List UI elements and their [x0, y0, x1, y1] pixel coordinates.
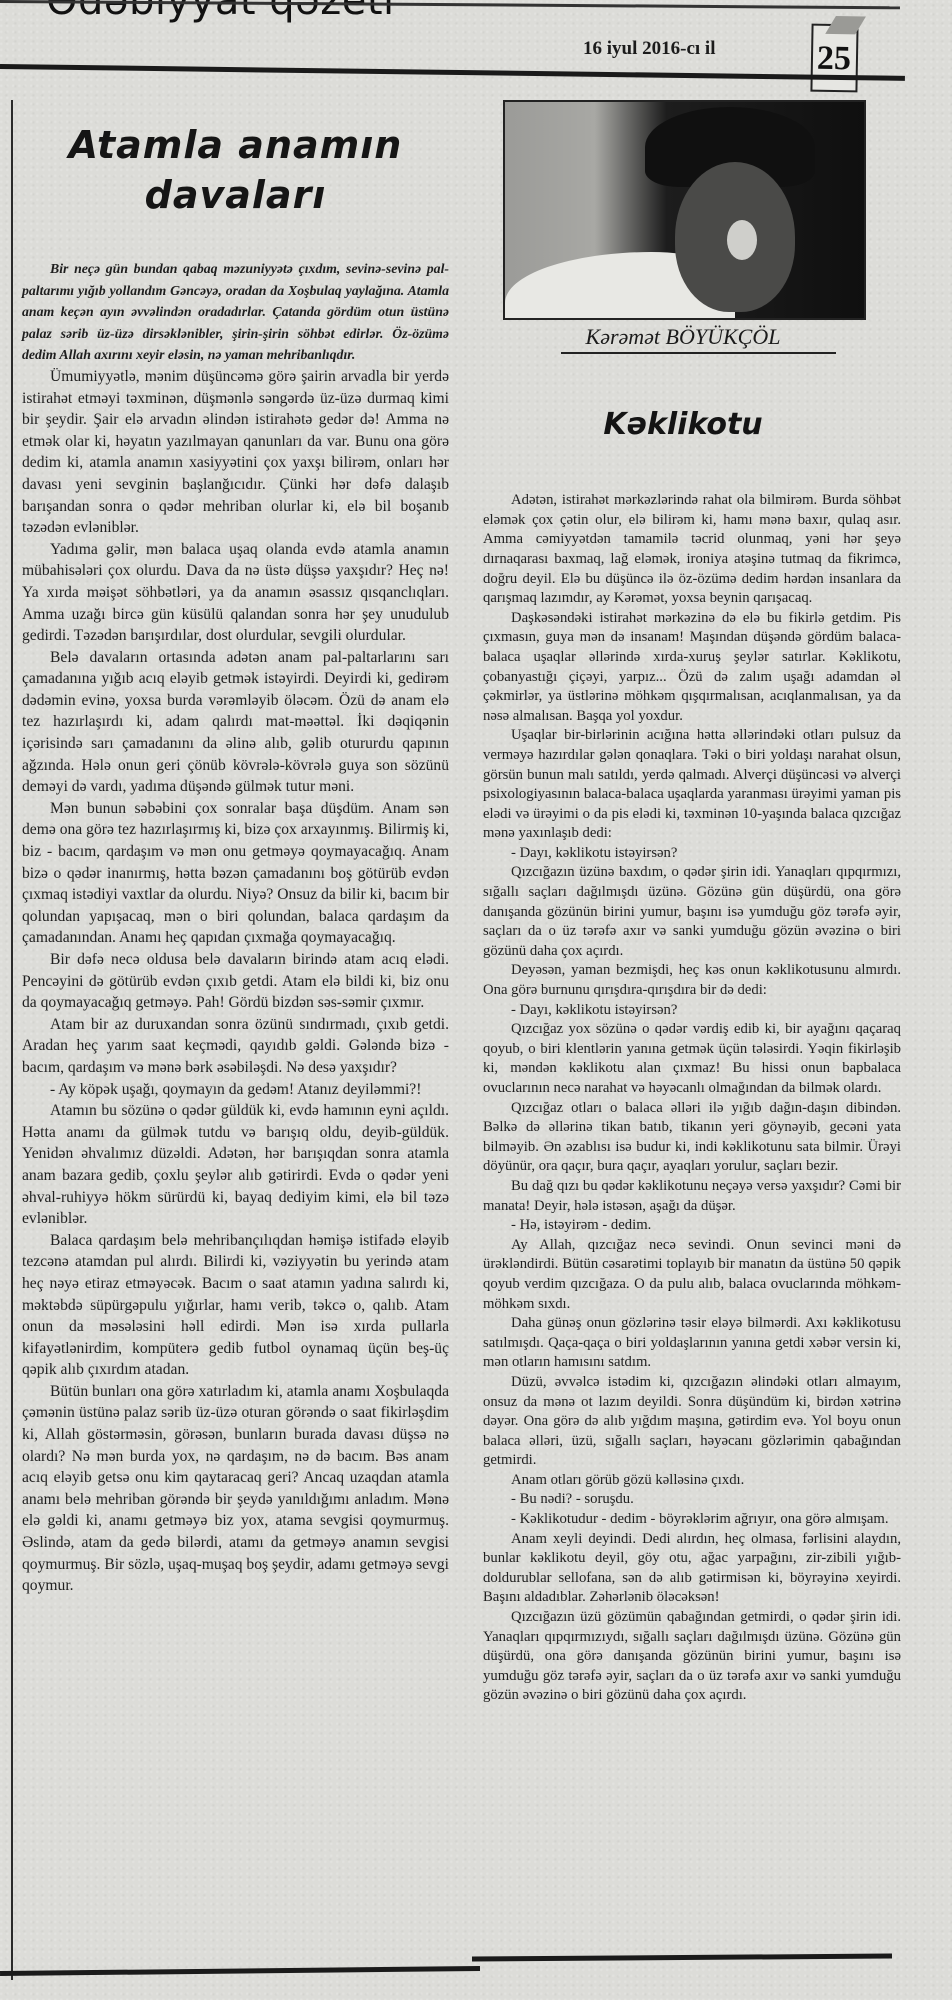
- paragraph: Qızcığazın üzünə baxdım, o qədər şirin i…: [483, 863, 901, 961]
- paragraph: Atam bir az duruxandan sonra özünü sındı…: [22, 1014, 449, 1079]
- paragraph: Qızcığaz yox sözünə o qədər vərdiş edib …: [483, 1020, 901, 1098]
- dialog-line: - Ay köpək uşağı, qoymayın da gedəm! Ata…: [22, 1079, 449, 1101]
- paragraph: Qızcığaz otları o balaca əlləri ilə yığı…: [483, 1099, 901, 1177]
- paragraph: Balaca qardaşım belə mehribançılıqdan hə…: [22, 1230, 449, 1381]
- article-kekklikotu: Kərəmət BÖYÜKÇÖL Kəklikotu Adətən, istir…: [483, 100, 901, 1706]
- author-name: Kərəmət BÖYÜKÇÖL: [483, 326, 883, 348]
- paragraph: Uşaqlar bir-birlərinin acığına hətta əll…: [483, 726, 901, 844]
- left-column-border: [11, 100, 13, 1980]
- issue-date: 16 iyul 2016-cı il: [583, 38, 715, 60]
- paragraph: Bu dağ qızı bu qədər kəklikotunu neçəyə …: [483, 1177, 901, 1216]
- page-number-box: 25: [810, 24, 858, 93]
- author-photo: [503, 100, 866, 320]
- paragraph: Atamın bu sözünə o qədər güldük ki, evdə…: [22, 1100, 449, 1230]
- paragraph: Daşkəsəndəki istirahət mərkəzinə də elə …: [483, 609, 901, 727]
- bottom-rule-left: [0, 1966, 480, 1976]
- headline-line-2: davaları: [145, 173, 327, 217]
- paragraph: Yadıma gəlir, mən balaca uşaq olanda evd…: [22, 539, 449, 647]
- headline-line-1: Atamla anamın: [69, 123, 403, 167]
- dialog-line: - Bu nədi? - soruşdu.: [483, 1490, 901, 1510]
- dialog-line: - Hə, istəyirəm - dedim.: [483, 1216, 901, 1236]
- paragraph: Ümumiyyətlə, mənim düşüncəmə görə şairin…: [22, 366, 449, 539]
- photo-highlight: [727, 220, 757, 260]
- paragraph: Bütün bunları ona görə xatırladım ki, at…: [22, 1381, 449, 1597]
- article-headline: Atamla anamın davaları: [62, 120, 409, 220]
- paragraph: Deyəsən, yaman bezmişdi, heç kəs onun kə…: [483, 961, 901, 1000]
- article-lead: Bir neçə gün bundan qabaq məzuniyyətə çı…: [22, 258, 449, 366]
- paragraph: Ay Allah, qızcığaz necə sevindi. Onun se…: [483, 1236, 901, 1314]
- bottom-rule-right: [472, 1954, 892, 1962]
- paragraph: Düzü, əvvəlcə istədim ki, qızcığazın əli…: [483, 1373, 901, 1471]
- paragraph: Belə davaların ortasında adətən anam pal…: [22, 647, 449, 798]
- paragraph: Qızcığazın üzü gözümün qabağından getmir…: [483, 1608, 901, 1706]
- author-underline: [561, 352, 836, 354]
- dialog-line: - Dayı, kəklikotu istəyirsən?: [483, 844, 901, 864]
- paragraph: Anam xeyli deyindi. Dedi alırdın, heç ol…: [483, 1530, 901, 1608]
- dialog-line: - Dayı, kəklikotu istəyirsən?: [483, 1001, 901, 1021]
- header-rule: [0, 64, 905, 81]
- paragraph: Bir dəfə necə oldusa belə davaların biri…: [22, 949, 449, 1014]
- paragraph: Daha günəş onun gözlərinə təsir eləyə bi…: [483, 1314, 901, 1373]
- dialog-line: - Kəklikotudur - dedim - böyrəklərim ağr…: [483, 1510, 901, 1530]
- page-corner-fold-icon: [825, 16, 866, 34]
- paragraph: Anam otları görüb gözü kəlləsinə çıxdı.: [483, 1471, 901, 1491]
- article-atamla-anamin-davalari: Atamla anamın davaları Bir neçə gün bund…: [22, 108, 449, 1597]
- story-body: Adətən, istirahət mərkəzlərində rahat ol…: [483, 491, 901, 1706]
- page-number: 25: [817, 40, 852, 79]
- paragraph: Adətən, istirahət mərkəzlərində rahat ol…: [483, 491, 901, 609]
- paragraph: Mən bunun səbəbini çox sonralar başa düş…: [22, 798, 449, 949]
- story-title: Kəklikotu: [483, 414, 883, 436]
